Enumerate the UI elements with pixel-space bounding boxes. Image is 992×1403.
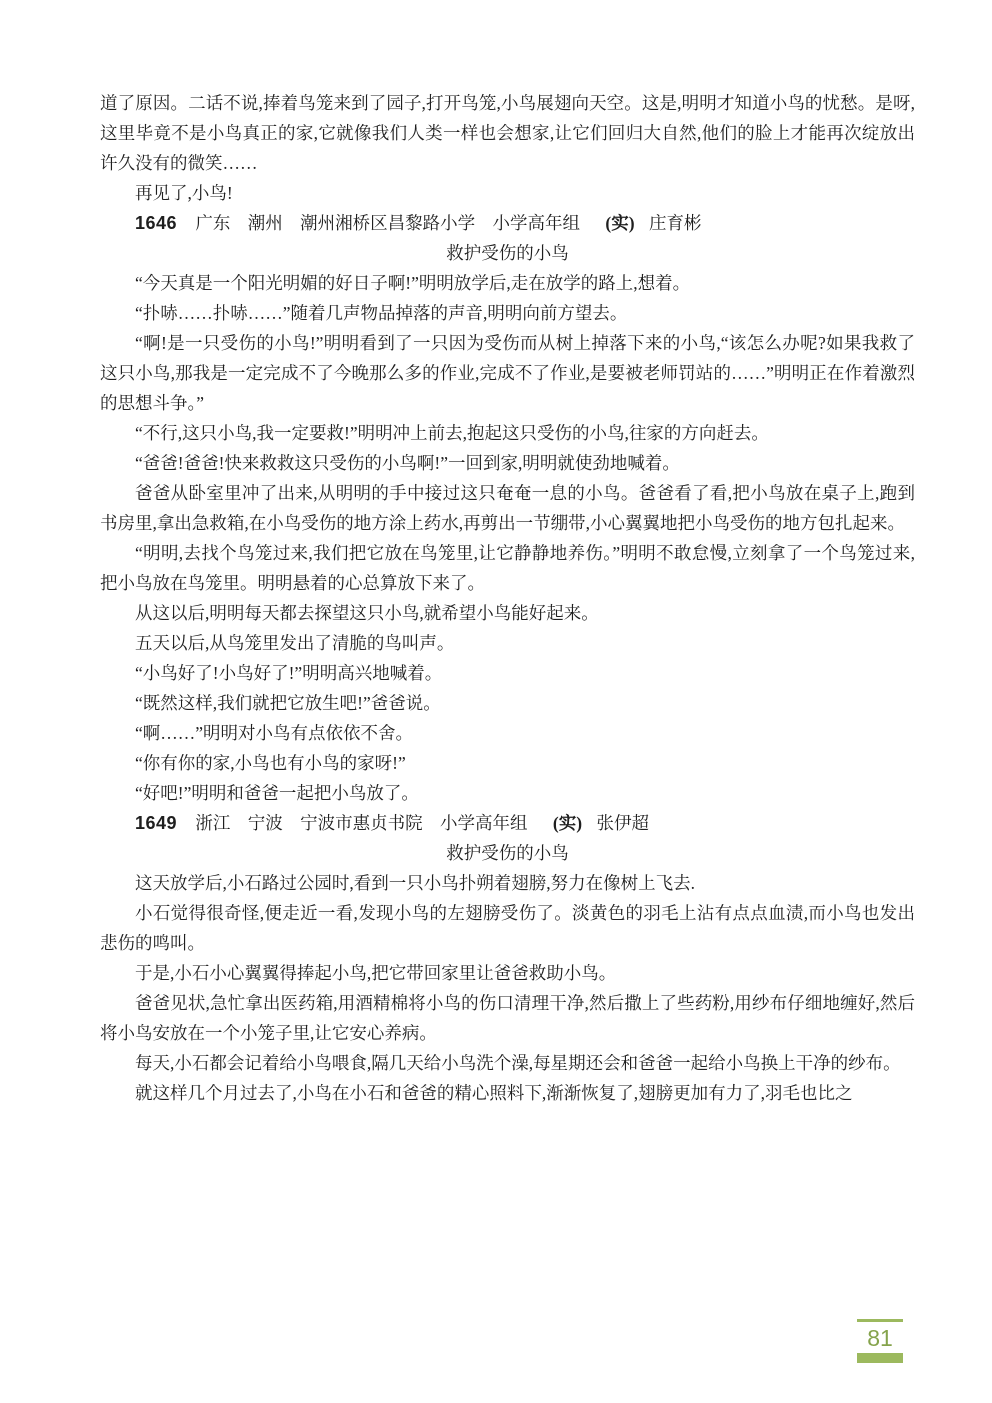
farewell-line: 再见了,小鸟! — [100, 178, 915, 208]
document-page: 道了原因。二话不说,捧着鸟笼来到了园子,打开鸟笼,小鸟展翅向天空。这是,明明才知… — [0, 0, 992, 1403]
paragraph: 就这样几个月过去了,小鸟在小石和爸爸的精心照料下,渐渐恢复了,翅膀更加有力了,羽… — [100, 1078, 915, 1108]
entry-group: 小学高年组 — [493, 213, 581, 233]
entry-school: 潮州湘桥区昌黎路小学 — [300, 213, 475, 233]
paragraph: “不行,这只小鸟,我一定要救!”明明冲上前去,抱起这只受伤的小鸟,往家的方向赶去… — [100, 418, 915, 448]
entry-number: 1646 — [135, 213, 177, 233]
paragraph: 这天放学后,小石路过公园时,看到一只小鸟扑朔着翅膀,努力在像树上飞去. — [100, 868, 915, 898]
paragraph: 于是,小石小心翼翼得捧起小鸟,把它带回家里让爸爸救助小鸟。 — [100, 958, 915, 988]
entry-author: 庄育彬 — [649, 213, 702, 233]
continuation-paragraph: 道了原因。二话不说,捧着鸟笼来到了园子,打开鸟笼,小鸟展翅向天空。这是,明明才知… — [100, 88, 915, 178]
entry-city: 宁波 — [248, 813, 283, 833]
paragraph: “小鸟好了!小鸟好了!”明明高兴地喊着。 — [100, 658, 915, 688]
paragraph: 每天,小石都会记着给小鸟喂食,隔几天给小鸟洗个澡,每星期还会和爸爸一起给小鸟换上… — [100, 1048, 915, 1078]
entry-header-1649: 1649 浙江 宁波 宁波市惠贞书院 小学高年组 (实) 张伊超 — [100, 808, 915, 838]
entry-number: 1649 — [135, 813, 177, 833]
page-content: 道了原因。二话不说,捧着鸟笼来到了园子,打开鸟笼,小鸟展翅向天空。这是,明明才知… — [100, 88, 915, 1108]
entry-header-1646: 1646 广东 潮州 潮州湘桥区昌黎路小学 小学高年组 (实) 庄育彬 — [100, 208, 915, 238]
entry-author: 张伊超 — [596, 813, 649, 833]
essay-title: 救护受伤的小鸟 — [100, 238, 915, 268]
paragraph: “啊……”明明对小鸟有点依依不舍。 — [100, 718, 915, 748]
paragraph: 五天以后,从鸟笼里发出了清脆的鸟叫声。 — [100, 628, 915, 658]
paragraph: “明明,去找个鸟笼过来,我们把它放在鸟笼里,让它静静地养伤。”明明不敢怠慢,立刻… — [100, 538, 915, 598]
paragraph: 小石觉得很奇怪,便走近一看,发现小鸟的左翅膀受伤了。淡黄色的羽毛上沾有点点血渍,… — [100, 898, 915, 958]
entry-province: 广东 — [195, 213, 230, 233]
page-number-block: 81 — [857, 1319, 903, 1363]
entry-group: 小学高年组 — [440, 813, 528, 833]
paragraph: “爸爸!爸爸!快来救救这只受伤的小鸟啊!”一回到家,明明就使劲地喊着。 — [100, 448, 915, 478]
paragraph: “既然这样,我们就把它放生吧!”爸爸说。 — [100, 688, 915, 718]
footer-bottom-rule — [857, 1353, 903, 1363]
entry-city: 潮州 — [248, 213, 283, 233]
paragraph: “好吧!”明明和爸爸一起把小鸟放了。 — [100, 778, 915, 808]
entry-school: 宁波市惠贞书院 — [300, 813, 423, 833]
paragraph: “今天真是一个阳光明媚的好日子啊!”明明放学后,走在放学的路上,想着。 — [100, 268, 915, 298]
paragraph: “你有你的家,小鸟也有小鸟的家呀!” — [100, 748, 915, 778]
essay-title: 救护受伤的小鸟 — [100, 838, 915, 868]
entry-province: 浙江 — [195, 813, 230, 833]
paragraph: “扑哧……扑哧……”随着几声物品掉落的声音,明明向前方望去。 — [100, 298, 915, 328]
paragraph: “啊!是一只受伤的小鸟!”明明看到了一只因为受伤而从树上掉落下来的小鸟,“该怎么… — [100, 328, 915, 418]
paragraph: 从这以后,明明每天都去探望这只小鸟,就希望小鸟能好起来。 — [100, 598, 915, 628]
entry-category-tag: (实) — [553, 813, 582, 833]
paragraph: 爸爸从卧室里冲了出来,从明明的手中接过这只奄奄一息的小鸟。爸爸看了看,把小鸟放在… — [100, 478, 915, 538]
entry-category-tag: (实) — [605, 213, 634, 233]
page-number: 81 — [857, 1322, 903, 1353]
paragraph: 爸爸见状,急忙拿出医药箱,用酒精棉将小鸟的伤口清理干净,然后撒上了些药粉,用纱布… — [100, 988, 915, 1048]
